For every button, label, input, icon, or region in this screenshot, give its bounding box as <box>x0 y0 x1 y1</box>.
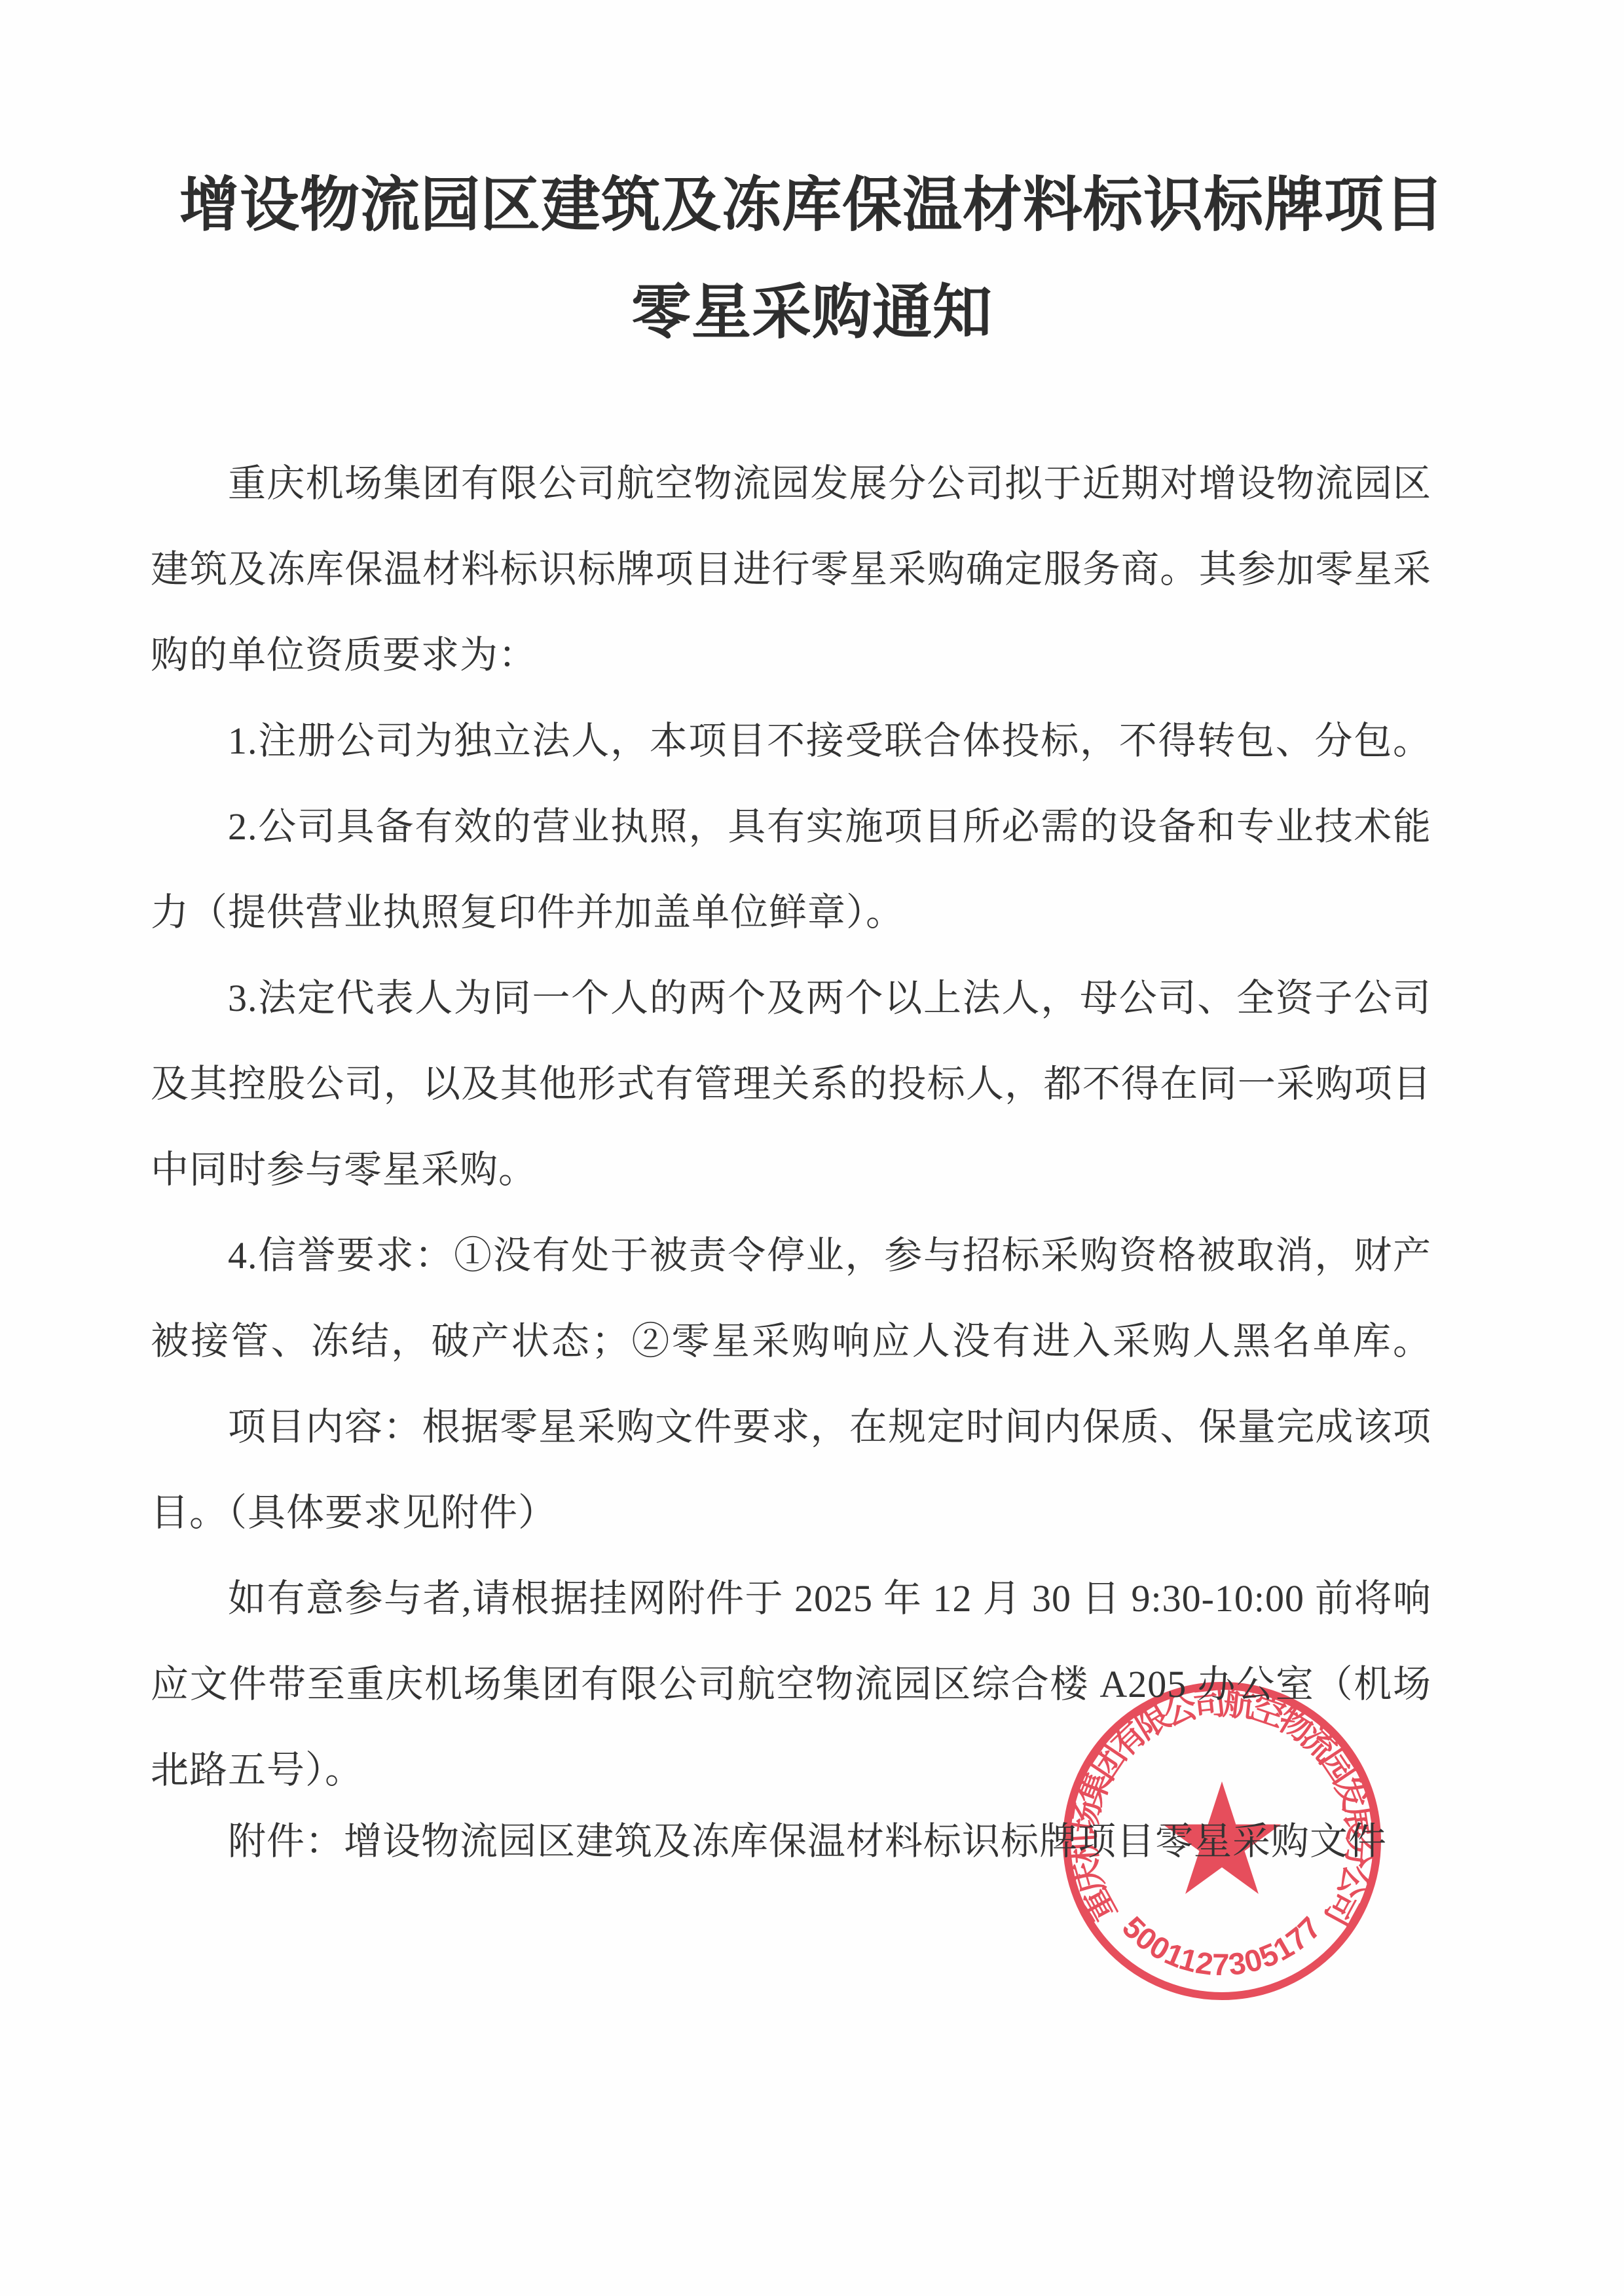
body-line: 如有意参与者,请根据挂网附件于 2025 年 12 月 30 日 9:30-10… <box>151 1556 1431 1641</box>
body-line: 及其控股公司，以及其他形式有管理关系的投标人，都不得在同一采购项目 <box>151 1041 1431 1127</box>
body-line: 附件：增设物流园区建筑及冻库保温材料标识标牌项目零星采购文件 <box>151 1798 1431 1884</box>
body-line: 应文件带至重庆机场集团有限公司航空物流园区综合楼 A205 办公室（机场北 <box>151 1641 1431 1727</box>
body-line: 中同时参与零星采购。 <box>151 1127 1431 1212</box>
document-page: 增设物流园区建筑及冻库保温材料标识标牌项目 零星采购通知 重庆机场集团有限公司航… <box>0 0 1624 2296</box>
body-line: 建筑及冻库保温材料标识标牌项目进行零星采购确定服务商。其参加零星采 <box>151 526 1431 612</box>
document-title-line1: 增设物流园区建筑及冻库保温材料标识标牌项目 <box>0 175 1624 235</box>
document-body: 重庆机场集团有限公司航空物流园发展分公司拟于近期对增设物流园区建筑及冻库保温材料… <box>151 441 1431 1884</box>
body-line: 项目内容：根据零星采购文件要求，在规定时间内保质、保量完成该项 <box>151 1384 1431 1470</box>
body-line: 目。（具体要求见附件） <box>151 1470 1431 1556</box>
body-line: 4.信誉要求：①没有处于被责令停业，参与招标采购资格被取消，财产 <box>151 1212 1431 1298</box>
body-line: 购的单位资质要求为： <box>151 612 1431 698</box>
body-line: 1.注册公司为独立法人，本项目不接受联合体投标，不得转包、分包。 <box>151 698 1431 784</box>
document-title-line2: 零星采购通知 <box>0 283 1624 342</box>
body-line: 3.法定代表人为同一个人的两个及两个以上法人，母公司、全资子公司 <box>151 955 1431 1041</box>
body-line: 力（提供营业执照复印件并加盖单位鲜章）。 <box>151 869 1431 955</box>
body-line: 2.公司具备有效的营业执照，具有实施项目所必需的设备和专业技术能 <box>151 784 1431 869</box>
seal-number: 5001127305177 <box>1116 1910 1328 1982</box>
body-line: 重庆机场集团有限公司航空物流园发展分公司拟于近期对增设物流园区 <box>151 441 1431 526</box>
body-line: 被接管、冻结，破产状态；②零星采购响应人没有进入采购人黑名单库。 <box>151 1298 1431 1384</box>
